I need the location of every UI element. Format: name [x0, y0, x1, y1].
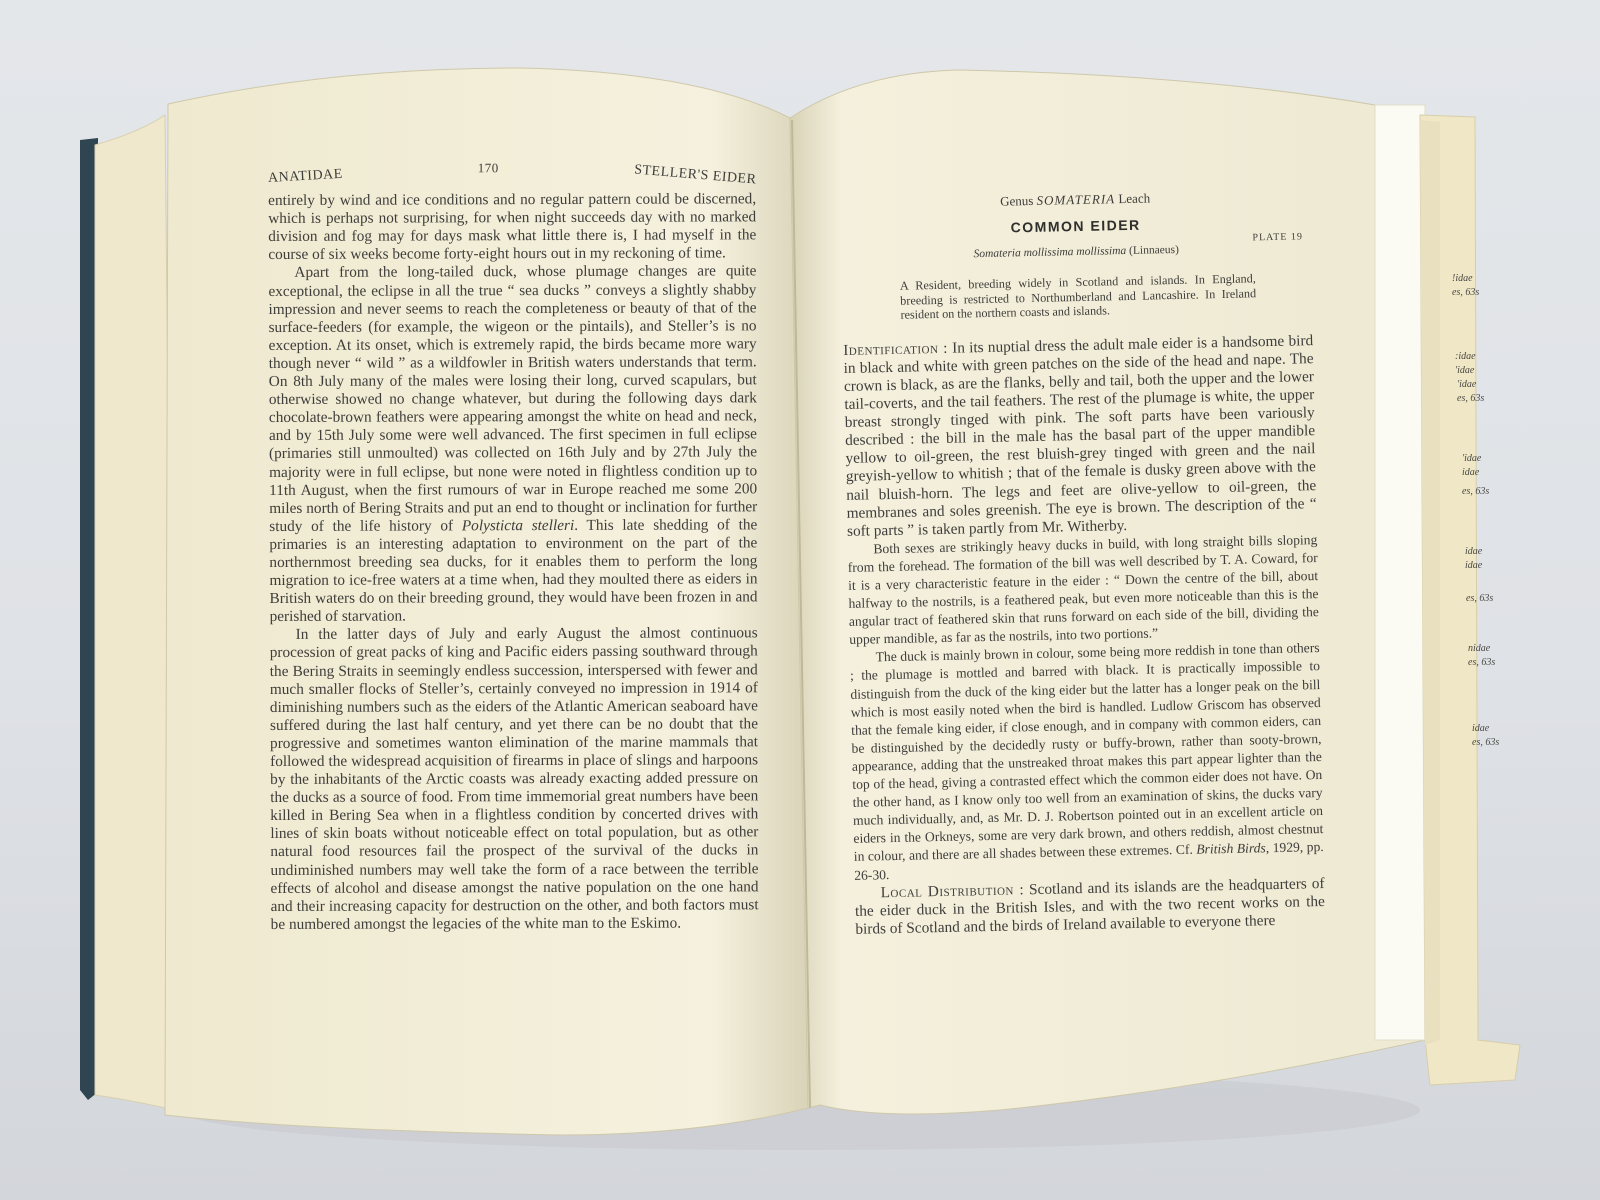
fore-edge-tab: es, 63s — [1466, 592, 1516, 606]
fore-edge-tab: 'idaees, 63s — [1457, 378, 1507, 406]
paragraph: Identification : In its nuptial dress th… — [843, 332, 1317, 541]
genus-prefix: Genus — [1000, 193, 1034, 209]
paragraph-text: In its nuptial dress the adult male eide… — [843, 332, 1316, 540]
paragraph: The duck is mainly brown in colour, some… — [849, 639, 1324, 884]
right-page: Genus SOMATERIA Leach COMMON EIDER Somat… — [840, 186, 1325, 939]
paragraph-text: Apart from the long-tailed duck, whose p… — [268, 263, 757, 535]
fore-edge-tab: !idaees, 63s — [1452, 272, 1502, 300]
left-page: ANATIDAE 170 STELLER'S EIDER entirely by… — [268, 158, 759, 934]
running-head-family: ANATIDAE — [268, 166, 344, 188]
open-book-illustration — [0, 0, 1600, 1200]
genus-author: Leach — [1118, 191, 1150, 207]
fore-edge-tab: 'idaeidae — [1462, 452, 1512, 480]
species-italic: Polysticta stelleri — [462, 517, 574, 534]
running-head: ANATIDAE 170 STELLER'S EIDER — [268, 158, 756, 186]
scientific-name-row: Somateria mollissima mollissima (Linnaeu… — [841, 238, 1311, 266]
fore-edge-tab: idaees, 63s — [1472, 722, 1522, 750]
fore-edge-tab: idaeidae — [1465, 545, 1515, 573]
paragraph: In the latter days of July and early Aug… — [270, 625, 759, 934]
section-label: Identification : — [843, 340, 948, 359]
paragraph-text: The duck is mainly brown in colour, some… — [850, 640, 1324, 864]
paragraph: Local Distribution : Scotland and its is… — [854, 875, 1325, 939]
fore-edge-tab: :idae'idae — [1455, 350, 1505, 378]
status-summary: A Resident, breeding widely in Scotland … — [900, 272, 1257, 323]
plate-label: PLATE 19 — [1252, 229, 1303, 248]
fore-edge-tab: es, 63s — [1462, 485, 1512, 499]
section-label: Local Distribution : — [880, 881, 1024, 901]
species-title: COMMON EIDER — [841, 212, 1311, 240]
paragraph: entirely by wind and ice conditions and … — [268, 190, 756, 264]
fore-edge-tab: nidaees, 63s — [1468, 642, 1518, 670]
scientific-name: Somateria mollissima mollissima — [973, 245, 1126, 260]
running-head-species: STELLER'S EIDER — [633, 161, 756, 189]
paragraph: Both sexes are strikingly heavy ducks in… — [847, 531, 1319, 649]
genus-name: SOMATERIA — [1036, 191, 1115, 208]
photo-scene: ANATIDAE 170 STELLER'S EIDER entirely by… — [0, 0, 1600, 1200]
page-number: 170 — [478, 159, 499, 177]
citation-italic: British Birds — [1196, 841, 1266, 857]
paragraph: Apart from the long-tailed duck, whose p… — [268, 263, 757, 627]
scientific-author: (Linnaeus) — [1129, 244, 1179, 257]
